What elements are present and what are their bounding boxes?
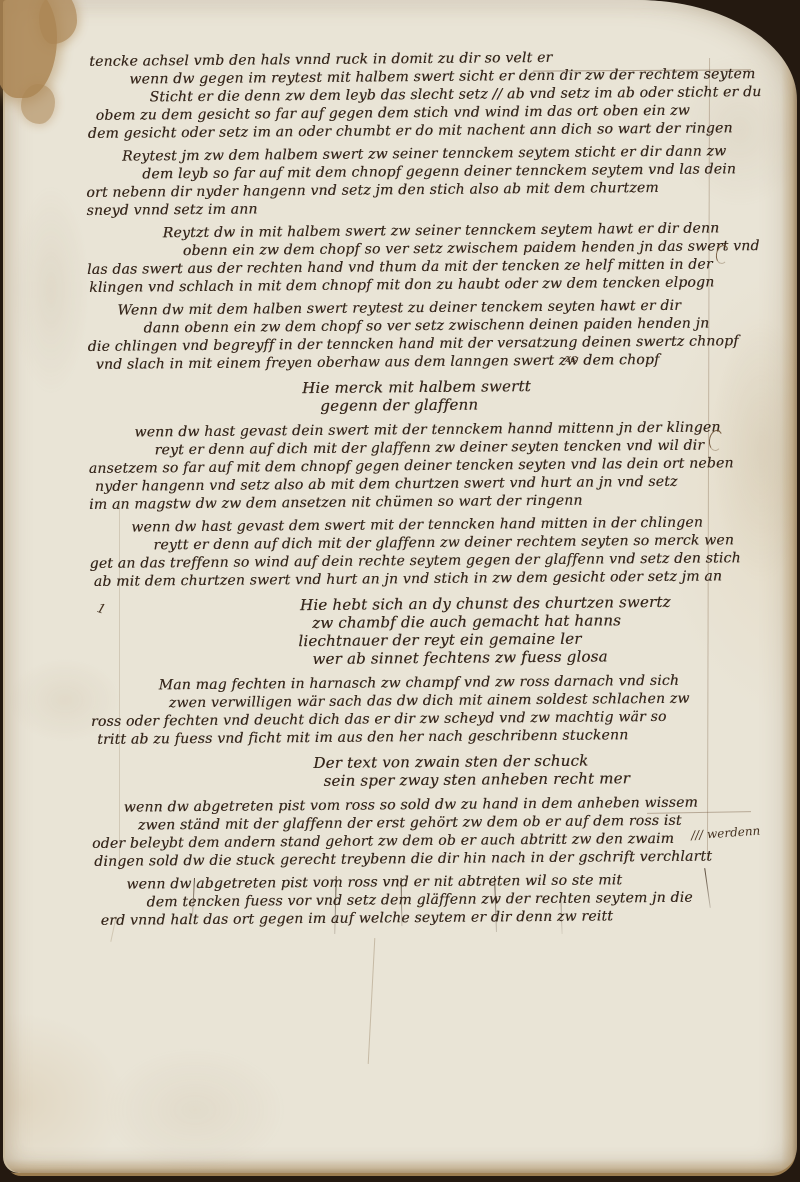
paragraph-6: wenn dw hast gevast dem swert mit der te… — [89, 513, 762, 591]
etc-mark: zc — [565, 352, 577, 365]
crease-line — [368, 938, 376, 1064]
heading-short-sword-art: Hie hebt sich an dy chunst des churtzen … — [90, 592, 763, 670]
paragraph-8: wenn dw abgetreten pist vom ross so sold… — [92, 793, 765, 871]
water-stain — [21, 84, 55, 124]
catchword-slashes: /// — [691, 828, 704, 843]
manuscript-page: tencke achsel vmb den hals vnnd ruck in … — [5, 0, 797, 1173]
paragraph-7: Man mag fechten in harnasch zw champf vn… — [91, 671, 764, 749]
paragraph-5: wenn dw hast gevast dein swert mit der t… — [88, 418, 761, 514]
heading-two-stances-text: Der text von zwain sten der schuck sein … — [91, 750, 763, 792]
heading-line: gegenn der glaffenn — [320, 393, 760, 415]
text-block: tencke achsel vmb den hals vnnd ruck in … — [85, 47, 765, 935]
paragraph-3: Reytzt dw in mit halbem swert zw seiner … — [87, 219, 760, 297]
heading-line: wer ab sinnet fechtens zw fuess glosa — [312, 646, 762, 668]
paragraph-2: Reytest jm zw dem halbem swert zw seiner… — [86, 142, 759, 220]
water-stain — [39, 0, 77, 44]
heading-halfsword-vs-lance: Hie merck mit halbem swertt gegenn der g… — [88, 375, 760, 417]
paragraph-4: Wenn dw mit dem halben swert reytest zu … — [87, 296, 760, 374]
paragraph-1: tencke achsel vmb den hals vnnd ruck in … — [85, 47, 758, 143]
heading-line: sein sper zway sten anheben recht mer — [323, 768, 763, 790]
water-stain — [0, 0, 57, 98]
